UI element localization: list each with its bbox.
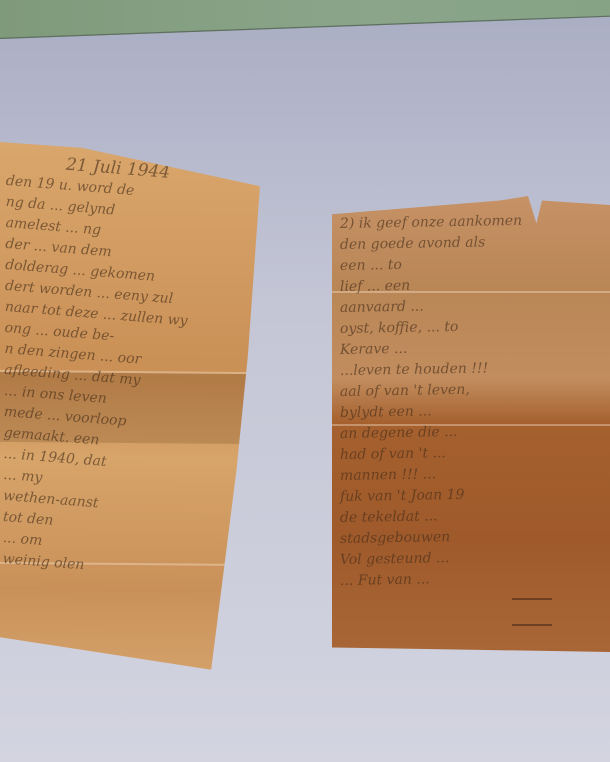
text-line: ... Fut van ... (340, 566, 604, 592)
green-wall (0, 0, 610, 60)
letter-left-text: 21 Juli 1944 den 19 u. word de ng da ...… (3, 150, 253, 572)
underline-mark (512, 598, 552, 626)
letter-right-text: 2) ik geef onze aankomen den goede avond… (340, 214, 604, 592)
letter-right: 2) ik geef onze aankomen den goede avond… (332, 196, 610, 652)
letter-left: 21 Juli 1944 den 19 u. word de ng da ...… (0, 142, 260, 670)
